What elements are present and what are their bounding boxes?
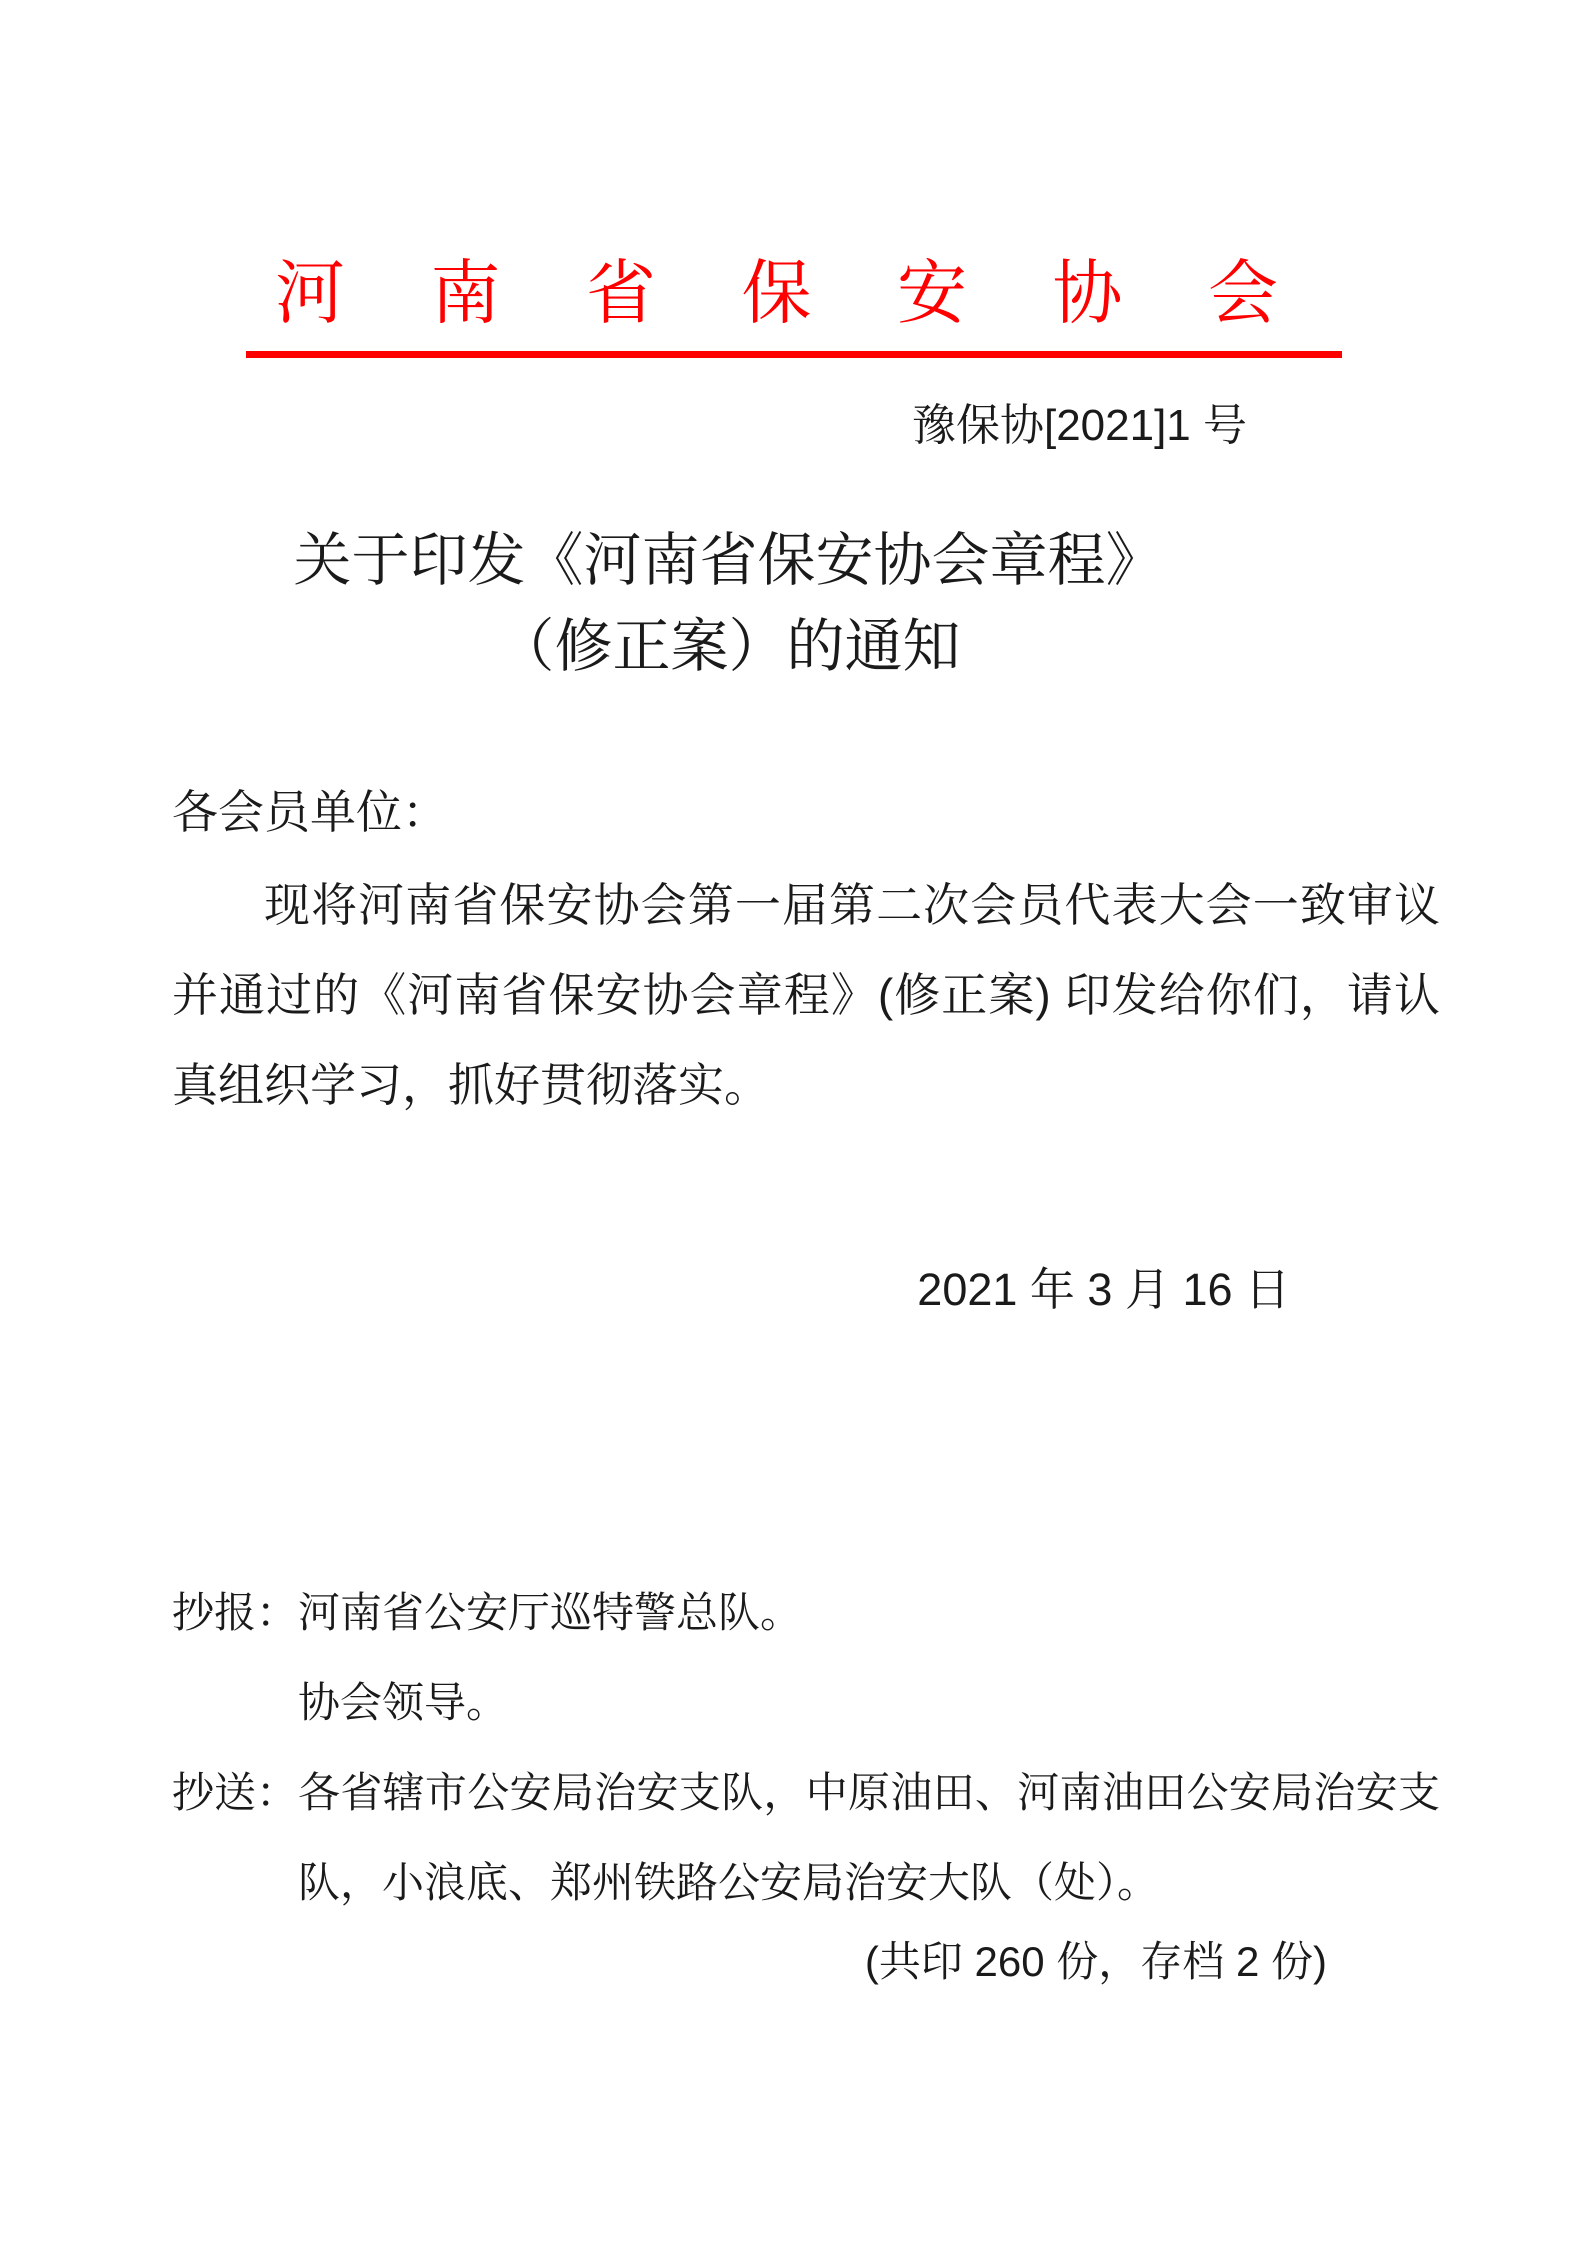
body-paragraph: 现将河南省保安协会第一届第二次会员代表大会一致审议并通过的《河南省保安协会章程》… — [172, 860, 1440, 1130]
notice-title: 关于印发《河南省保安协会章程》 （修正案）的通知 — [0, 518, 1587, 690]
doc-number: 豫保协[2021]1 号 — [0, 400, 1587, 452]
cc-report-content: 河南省公安厅巡特警总队。 协会领导。 — [298, 1568, 1440, 1748]
red-divider-rule — [246, 351, 1342, 358]
org-title-redhead: 河 南 省 保 安 协 会 — [0, 243, 1587, 347]
cc-block: 抄报： 河南省公安厅巡特警总队。 协会领导。 抄送： 各省辖市公安局治安支队，中… — [172, 1568, 1440, 1928]
cc-send-label: 抄送： — [172, 1748, 298, 1838]
notice-title-line1: 关于印发《河南省保安协会章程》 — [0, 518, 1457, 604]
cc-send-content: 各省辖市公安局治安支队，中原油田、河南油田公安局治安支队，小浪底、郑州铁路公安局… — [298, 1748, 1440, 1928]
document-page: 河 南 省 保 安 协 会 豫保协[2021]1 号 关于印发《河南省保安协会章… — [0, 0, 1587, 2245]
print-count-note: (共印 260 份，存档 2 份) — [0, 1934, 1587, 1990]
cc-report-label: 抄报： — [172, 1568, 298, 1658]
cc-report-row: 抄报： 河南省公安厅巡特警总队。 协会领导。 — [172, 1568, 1440, 1748]
cc-report-line2: 协会领导。 — [298, 1658, 1440, 1748]
salutation: 各会员单位： — [172, 786, 1440, 838]
cc-send-row: 抄送： 各省辖市公安局治安支队，中原油田、河南油田公安局治安支队，小浪底、郑州铁… — [172, 1748, 1440, 1928]
notice-title-line2: （修正案）的通知 — [0, 604, 1457, 690]
cc-report-line1: 河南省公安厅巡特警总队。 — [298, 1568, 1440, 1658]
date: 2021 年 3 月 16 日 — [0, 1263, 1587, 1317]
